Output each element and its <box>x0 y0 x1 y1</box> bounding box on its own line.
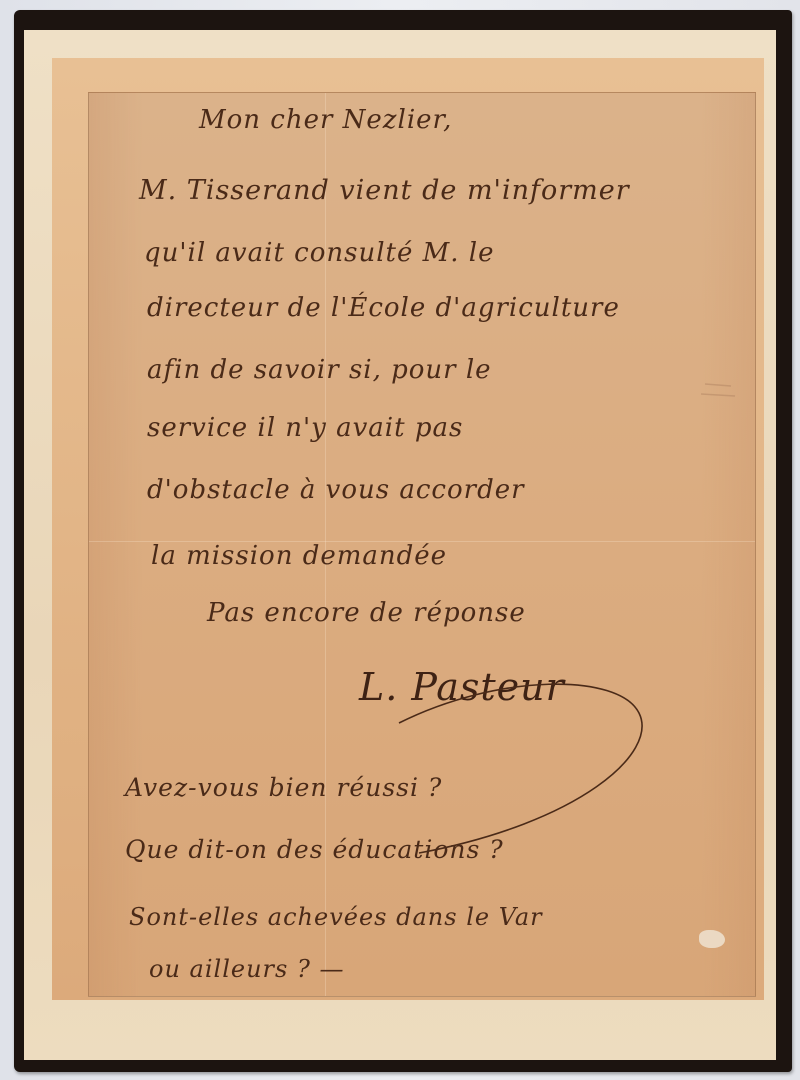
letter-line: qu'il avait consulté M. le <box>144 238 494 268</box>
letter-line: M. Tisserand vient de m'informer <box>139 175 630 206</box>
letter-salutation: Mon cher Nezlier, <box>199 105 452 135</box>
ink-smudge-marks <box>701 376 741 406</box>
letter-line: directeur de l'École d'agriculture <box>147 293 620 323</box>
letter-line: afin de savoir si, pour le <box>147 355 492 385</box>
postscript-line: Avez-vous bien réussi ? <box>125 773 442 802</box>
letter-sheet: Mon cher Nezlier, M. Tisserand vient de … <box>88 92 756 997</box>
letter-line: Pas encore de réponse <box>207 598 526 628</box>
paper-damage-spot <box>699 930 725 948</box>
postscript-line: Que dit-on des éducations ? <box>125 835 504 864</box>
letter-line: la mission demandée <box>151 541 447 571</box>
letter-line: service il n'y avait pas <box>147 413 463 443</box>
postscript-line: Sont-elles achevées dans le Var <box>129 903 543 931</box>
postscript-line: ou ailleurs ? — <box>149 955 344 983</box>
photograph: Mon cher Nezlier, M. Tisserand vient de … <box>0 0 800 1080</box>
letter-line: d'obstacle à vous accorder <box>147 475 525 505</box>
